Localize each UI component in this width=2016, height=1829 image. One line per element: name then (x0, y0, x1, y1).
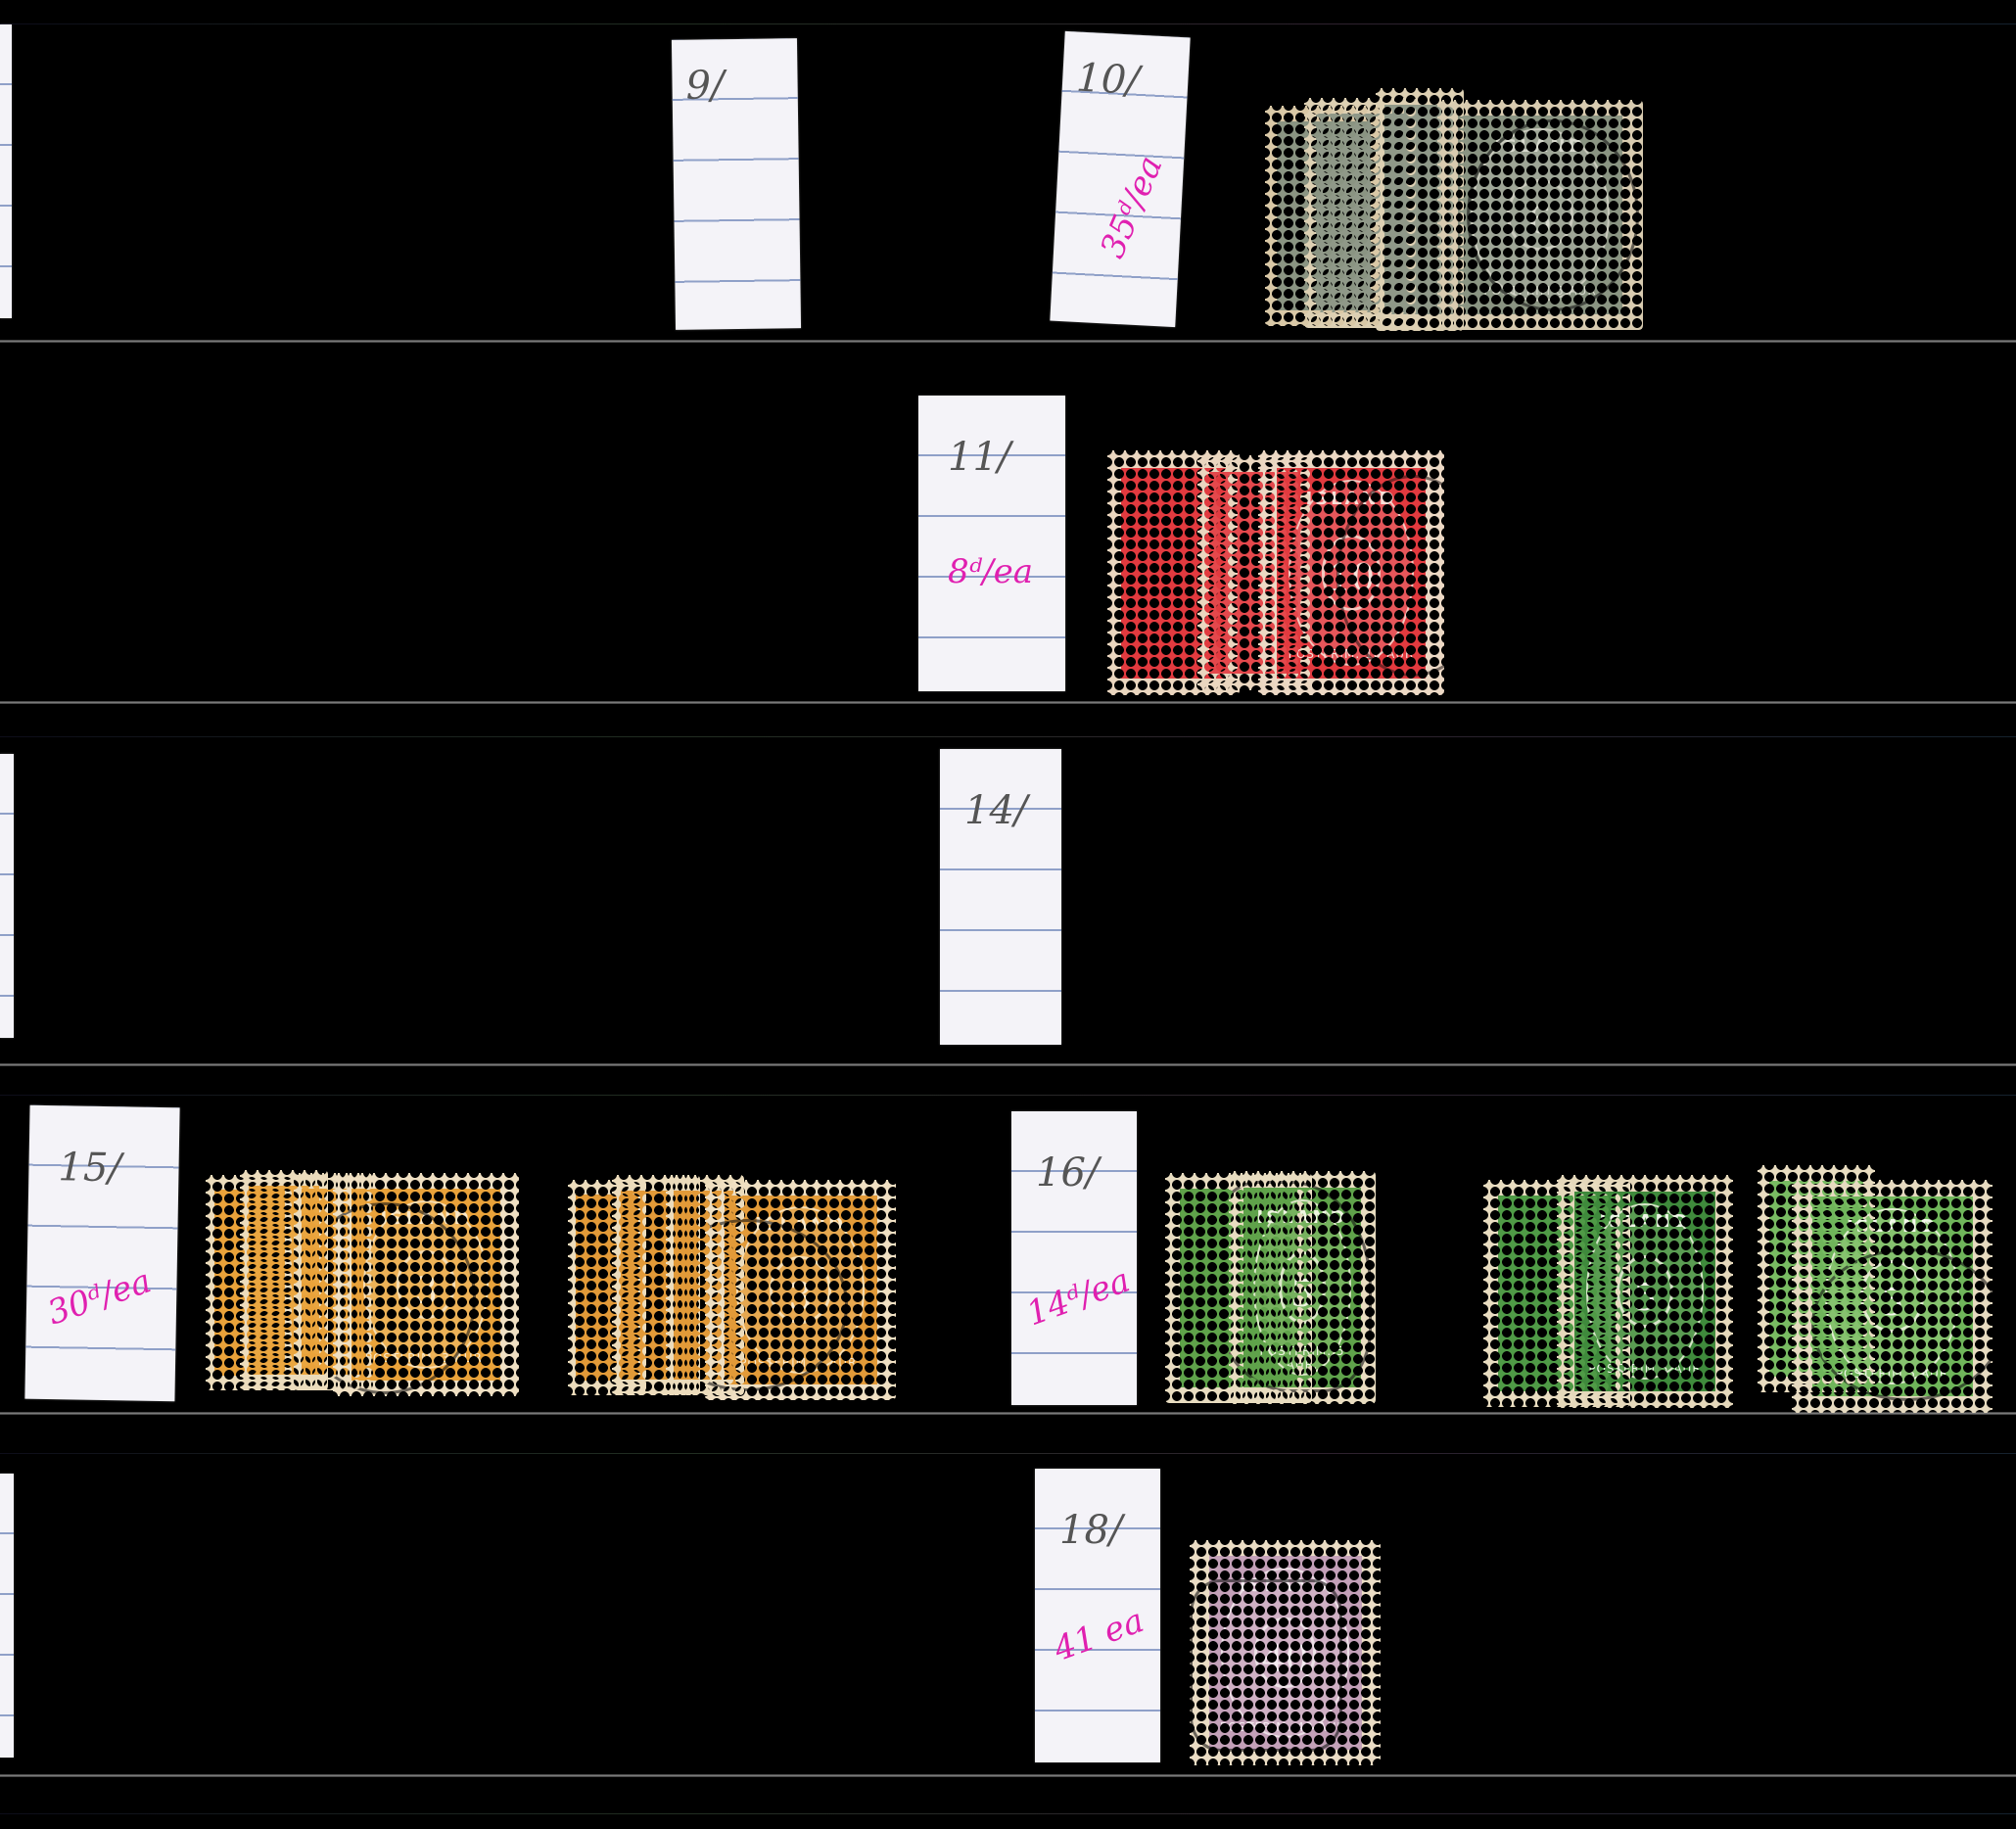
catalog-number: 18/ (1059, 1508, 1122, 1553)
catalog-card-partial (0, 1474, 14, 1758)
postmark (1811, 1248, 2003, 1401)
stamp: ISLAND 6 POSTFRIM 6 AUR (1437, 100, 1643, 330)
strip-divider (0, 1095, 2016, 1096)
catalog-number: 9/ (685, 63, 725, 109)
stamp: ISLAND 5 POSTFRIM 5 AUR (1557, 1175, 1733, 1408)
strip-divider (0, 1063, 2016, 1066)
stamp-country: ISLAND (1812, 1216, 1973, 1237)
catalog-number: 10/ (1075, 56, 1141, 104)
catalog-card-partial (0, 754, 14, 1038)
stamp: ISLAND 3 POSTFRIM. 3 AUR. (705, 1180, 896, 1400)
price-note: 8ᵈ/ea (948, 552, 1033, 591)
stamp: ISLAND 3 POSTFRIM. 3 AUR. (333, 1173, 519, 1396)
catalog-card: 14/ (940, 749, 1061, 1045)
strip-divider (0, 1813, 2016, 1814)
catalog-card: 16/ 14ᵈ/ea (1011, 1111, 1137, 1405)
stamp: ISLAND 5 POSTFRIM 5 AUR (1792, 1180, 1993, 1413)
catalog-card: 15/ 30ᵈ/ea (24, 1105, 179, 1402)
strip-divider (0, 1774, 2016, 1777)
stamp-denomination: 5 (1574, 1276, 1715, 1319)
postmark (1209, 1181, 1372, 1392)
postmark (1467, 119, 1639, 311)
postmark (1190, 1579, 1342, 1752)
catalog-number: 11/ (948, 435, 1010, 480)
stamp-country: ISLAND (1574, 1211, 1715, 1232)
price-note: 14ᵈ/ea (1021, 1261, 1135, 1335)
catalog-card: 9/ (672, 38, 801, 330)
price-note: 35ᵈ/ea (1093, 151, 1170, 264)
catalog-number: 16/ (1036, 1150, 1099, 1196)
strip-divider (0, 736, 2016, 737)
strip-divider (0, 1453, 2016, 1454)
catalog-card: 11/ 8ᵈ/ea (918, 396, 1065, 691)
price-note: 30ᵈ/ea (43, 1261, 157, 1333)
stamp: ISLAND 40 POSTFRIM. 40 AUR. (1190, 1540, 1381, 1765)
price-note: 41 ea (1049, 1601, 1149, 1669)
strip-divider (0, 1412, 2016, 1415)
catalog-number: 14/ (964, 788, 1027, 833)
postmark (1336, 475, 1489, 677)
stamp: ISLAND 10 POSTFRIM. 10 AUR (1258, 450, 1444, 695)
strip-divider (0, 340, 2016, 343)
stamp: ISLAND 5 POSTFRIM. 5 AUR. (1229, 1171, 1376, 1404)
strip-divider (0, 701, 2016, 704)
stamp-legend: POSTFRIM 5 AUR (1574, 1362, 1715, 1376)
catalog-card: 10/ 35ᵈ/ea (1050, 31, 1190, 327)
catalog-card-partial (0, 24, 12, 318)
strip-divider (0, 23, 2016, 24)
catalog-number: 15/ (58, 1145, 121, 1191)
catalog-card: 18/ 41 ea (1035, 1469, 1160, 1762)
